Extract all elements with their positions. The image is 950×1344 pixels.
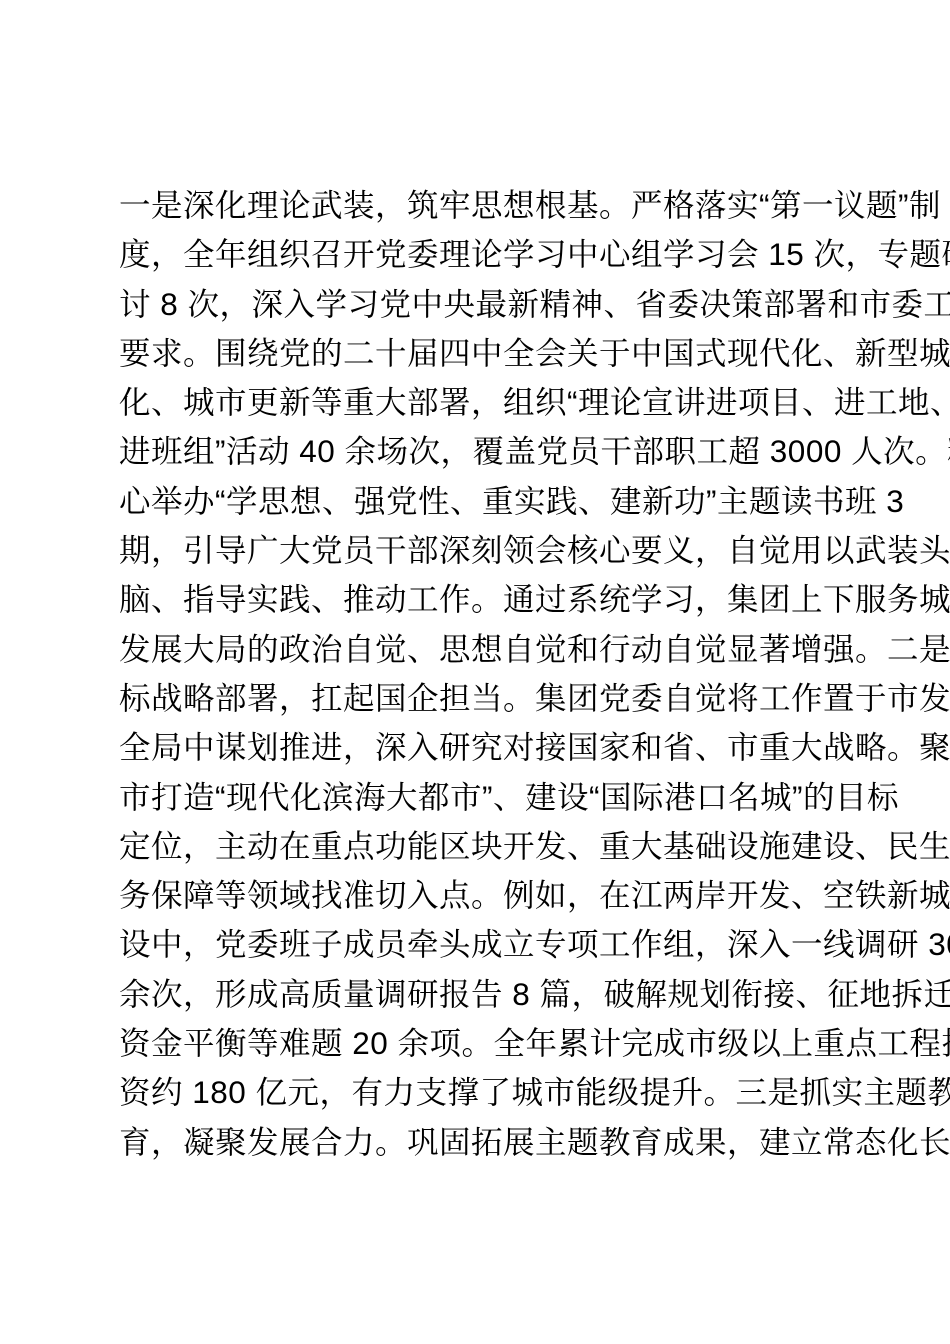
text-line-19: 资约 180 亿元，有力支撑了城市能级提升。三是抓实主题教: [119, 1068, 831, 1117]
text-line-14: 定位，主动在重点功能区块开发、重大基础设施建设、民生服: [119, 822, 831, 871]
text-line-10: 发展大局的政治自觉、思想自觉和行动自觉显著增强。二是对: [119, 625, 831, 674]
text-line-3: 讨 8 次，深入学习党中央最新精神、省委决策部署和市委工作: [119, 280, 831, 329]
text-line-18: 资金平衡等难题 20 余项。全年累计完成市级以上重点工程投: [119, 1019, 831, 1068]
text-line-4: 要求。围绕党的二十届四中全会关于中国式现代化、新型城镇: [119, 329, 831, 378]
text-line-17: 余次，形成高质量调研报告 8 篇，破解规划衔接、征地拆迁、: [119, 970, 831, 1019]
document-page: 一是深化理论武装，筑牢思想根基。严格落实“第一议题”制度，全年组织召开党委理论学…: [0, 0, 950, 1344]
text-line-8: 期，引导广大党员干部深刻领会核心要义，自觉用以武装头: [119, 526, 831, 575]
text-line-12: 全局中谋划推进，深入研究对接国家和省、市重大战略。聚焦: [119, 723, 831, 772]
text-line-13: 市打造“现代化滨海大都市”、建设“国际港口名城”的目标: [119, 773, 831, 822]
text-line-2: 度，全年组织召开党委理论学习中心组学习会 15 次，专题研: [119, 230, 831, 279]
text-line-11: 标战略部署，扛起国企担当。集团党委自觉将工作置于市发展: [119, 674, 831, 723]
text-line-1: 一是深化理论武装，筑牢思想根基。严格落实“第一议题”制: [119, 181, 831, 230]
text-line-6: 进班组”活动 40 余场次，覆盖党员干部职工超 3000 人次。精: [119, 427, 831, 476]
text-line-20: 育，凝聚发展合力。巩固拓展主题教育成果，建立常态化长效: [119, 1118, 831, 1167]
text-line-16: 设中，党委班子成员牵头成立专项工作组，深入一线调研 30: [119, 920, 831, 969]
text-line-7: 心举办“学思想、强党性、重实践、建新功”主题读书班 3: [119, 477, 831, 526]
text-line-5: 化、城市更新等重大部署，组织“理论宣讲进项目、进工地、: [119, 378, 831, 427]
text-line-15: 务保障等领域找准切入点。例如，在江两岸开发、空铁新城建: [119, 871, 831, 920]
paragraph-text: 一是深化理论武装，筑牢思想根基。严格落实“第一议题”制度，全年组织召开党委理论学…: [119, 181, 831, 1167]
text-line-9: 脑、指导实践、推动工作。通过系统学习，集团上下服务城市: [119, 575, 831, 624]
